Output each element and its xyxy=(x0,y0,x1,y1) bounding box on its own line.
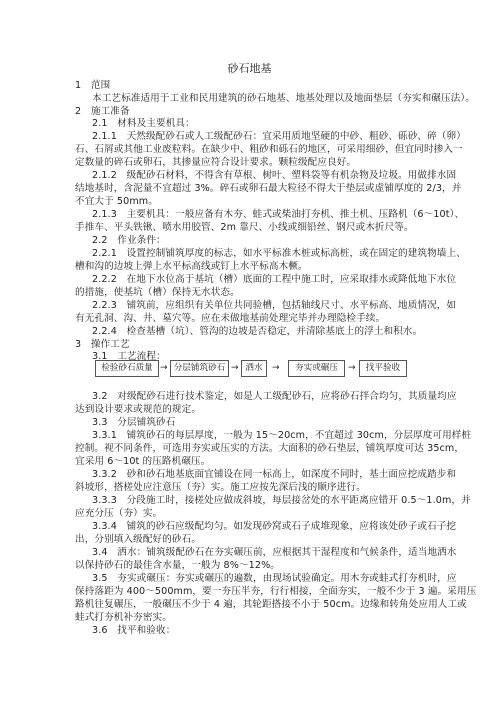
text-line: 2.1.3 主要机具：一般应备有木夯、蛙式或柴油打夯机、推土机、压路机（6～10… xyxy=(92,208,464,221)
text-line: 3.5 夯实或碾压：夯实或碾压的遍数，由现场试验确定。用木夯或蛙式打夯机时，应 xyxy=(92,572,457,585)
arrow-right-icon: → xyxy=(272,360,280,376)
document-title: 砂石地基 xyxy=(0,62,499,76)
text-line: 1 范围 xyxy=(75,79,110,92)
arrow-right-icon: → xyxy=(348,360,356,376)
text-line: 2.2.1 设置控制铺筑厚度的标志，如水平标准木桩或标高桩，或在固定的建筑物墙上… xyxy=(92,247,466,260)
text-line: 应充分压（夯）实。 xyxy=(75,507,162,520)
text-line: 3.6 找平和验收： xyxy=(92,624,175,637)
text-line: 2.2 作业条件： xyxy=(92,234,166,247)
text-line: 2.2.4 检查基槽（坑）、管沟的边坡是否稳定，并清除基底上的浮土和积水。 xyxy=(92,325,422,338)
text-line: 斜坡形，搭槎处应注意压（夯）实。施工应按先深后浅的顺序进行。 xyxy=(75,481,366,494)
text-line: 控制。视不同条件，可选用夯实或压实的方法。大面积的砂石垫层，铺筑厚度可达 35c… xyxy=(75,442,464,455)
text-line: 3.2 对级配砂石进行技术鉴定，如是人工级配砂石，应将砂石拌合均匀，其质量均应 xyxy=(92,390,457,403)
text-line: 达到设计要求或规范的规定。 xyxy=(75,403,201,416)
arrow-right-icon: → xyxy=(160,360,168,376)
text-line: 3.3.3 分段施工时，接槎处应做成斜坡，每层接岔处的水平距离应错开 0.5～1… xyxy=(92,494,471,507)
text-line: 手推车、平头铁锹、喷水用胶管、2m 靠尺、小线或细铅丝、钢尺或木折尺等。 xyxy=(75,221,414,234)
text-line: 2.1.2 级配砂石材料，不得含有草根、树叶、塑料袋等有机杂物及垃圾。用做排水固 xyxy=(92,169,456,182)
text-line: 2.2.2 在地下水位高于基坑（槽）底面的工程中施工时，应采取排水或降低地下水位 xyxy=(92,273,456,286)
text-line: 本工艺标准适用于工业和民用建筑的砂石地基、地基处理以及地面垫层（夯实和碾压法）。 xyxy=(92,92,475,105)
flow-step: 夯实或碾压 xyxy=(288,360,345,377)
text-line: 槽和沟的边坡上弹上水平标高线或钉上水平标高木橛。 xyxy=(75,260,308,273)
text-line: 2.1 材料及主要机具： xyxy=(92,117,195,130)
text-line: 宜采用 6～10t 的压路机碾压。 xyxy=(75,455,210,468)
text-line: 3.3 分层铺筑砂石 xyxy=(92,416,175,429)
text-line: 以保持砂石的最佳含水量，一般为 8%～12%。 xyxy=(75,559,280,572)
text-line: 有无孔洞、沟、井、墓穴等。应在未做地基前处理完毕并办理隐检手续。 xyxy=(75,312,385,325)
text-line: 结地基时，含泥量不宜超过 3%。碎石或卵石最大粒径不得大于垫层或虚铺厚度的 2/… xyxy=(75,182,461,195)
arrow-right-icon: → xyxy=(231,360,239,376)
text-line: 2.1.1 天然级配砂石或人工级配砂石：宜采用质地坚硬的中砂、粗砂、砾砂、碎（卵… xyxy=(92,130,466,143)
text-line: 2.2.3 铺筑前，应组织有关单位共同验槽，包括轴线尺寸、水平标高、地质情况，如 xyxy=(92,299,456,312)
document-page: 砂石地基 1 范围本工艺标准适用于工业和民用建筑的砂石地基、地基处理以及地面垫层… xyxy=(0,0,499,706)
flow-step: 检验砂石质量 xyxy=(95,360,159,377)
text-line: 定数量的碎石或卵石，其掺量应符合设计要求。颗粒级配应良好。 xyxy=(75,156,356,169)
text-line: 3.4 洒水：铺筑级配砂石在夯实碾压前，应根据其干湿程度和气候条件，适当地洒水 xyxy=(92,546,457,559)
text-line: 3.3.2 砂和砂石地基底面宜铺设在同一标高上，如深度不同时，基土面应挖成踏步和 xyxy=(92,468,456,481)
text-line: 保持落距为 400～500mm，要一夯压半夯，行行相接，全面夯实，一般不少于 3… xyxy=(75,585,476,598)
text-line: 路机往复碾压，一般碾压不少于 4 遍，其轮距搭接不小于 50cm。边缘和转角处应… xyxy=(75,598,467,611)
text-line: 3.3.4 铺筑的砂石应级配均匀。如发现砂窝或石子成堆现象，应将该处砂子或石子挖 xyxy=(92,520,456,533)
text-line: 出，分别填入级配好的砂石。 xyxy=(75,533,201,546)
text-line: 3.3.1 铺筑砂石的每层厚度，一般为 15～20cm，不宜超过 30cm，分层… xyxy=(92,429,471,442)
flow-step: 分层铺筑砂石 xyxy=(170,360,229,377)
flow-step: 洒水 xyxy=(241,360,267,377)
text-line: 蛙式打夯机补夯密实。 xyxy=(75,611,172,624)
text-line: 石、石屑或其他工业废粒料。在缺少中、粗砂和砾石的地区，可采用细砂，但宜同时掺入一 xyxy=(75,143,463,156)
text-line: 不宜大于 50mm。 xyxy=(75,195,158,208)
text-line: 的措施，使基坑（槽）保持无水状态。 xyxy=(75,286,240,299)
flow-step: 找平验收 xyxy=(359,360,407,377)
